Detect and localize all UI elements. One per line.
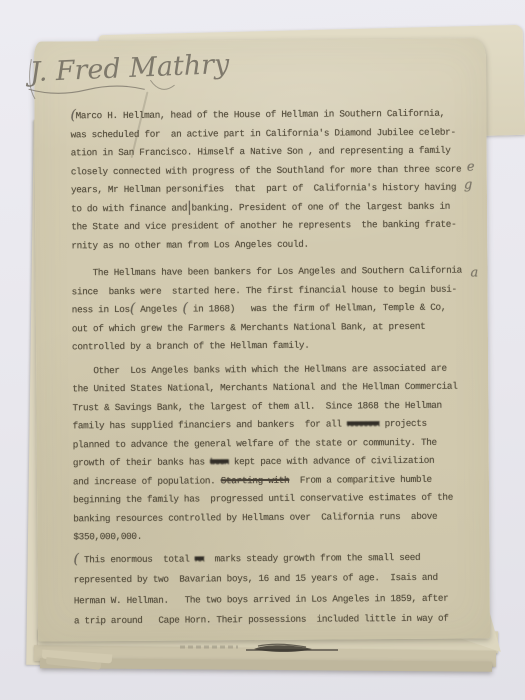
typed-line: controlled by a branch of the Hellman fa… [72,336,470,357]
typed-text: e g a (Marco H. Hellman, head of the Hou… [70,105,472,633]
typed-line: years, Mr Hellman personifies that part … [71,179,469,200]
typed-line: $350,000,000. [73,526,471,547]
typed-line: ( This enormous total xx marks steady gr… [73,547,471,570]
typed-line: beginning the family has progressed unti… [73,489,471,510]
typed-line: rnity as no other man from Los Angeles c… [71,234,469,255]
typed-line: ness in Los( Angeles ( in 1868) was the … [72,299,470,320]
signature-text: J. Fred Mathry [24,49,230,89]
paper-stack: J. Fred Mathry e g a (Marco H. Hellman, … [30,30,502,675]
document-page: J. Fred Mathry e g a (Marco H. Hellman, … [34,38,490,641]
paragraph: ( This enormous total xx marks steady gr… [73,547,472,632]
pencil-margin-mark: g [464,177,472,196]
typed-line: represented by two Bavarian boys, 16 and… [74,568,472,591]
pencil-margin-mark: a [470,264,478,283]
paragraph: (Marco H. Hellman, head of the House of … [70,105,469,256]
typed-line: a trip around Cape Horn. Their possessio… [74,609,472,632]
typed-line: ation in San Francisco. Himself a Native… [71,142,469,163]
paragraph: The Hellmans have been bankers for Los A… [71,262,470,357]
handwritten-signature: J. Fred Mathry [21,36,244,115]
typed-line: the State and vice president of another … [71,216,469,237]
photo-background: { "photo": { "background_color": "#e8e7e… [0,0,525,700]
typed-line: Herman W. Hellman. The two boys arrived … [74,588,472,611]
paragraph: Other Los Angeles banks with which the H… [72,359,471,547]
typed-line: (Marco H. Hellman, head of the House of … [70,105,468,126]
typed-line: out of which grew the Farmers & Merchant… [72,317,470,338]
typed-line: banking resources controlled by Hellmans… [73,507,471,528]
typed-line: growth of their banks has been kept pace… [73,452,471,473]
scribble-mark [176,640,386,658]
pencil-margin-mark: e [467,159,474,178]
typed-line: The Hellmans have been bankers for Los A… [71,262,469,283]
typed-line: the United States National, Merchants Na… [72,378,470,399]
typed-line: family has supplied financiers and banke… [73,415,471,436]
